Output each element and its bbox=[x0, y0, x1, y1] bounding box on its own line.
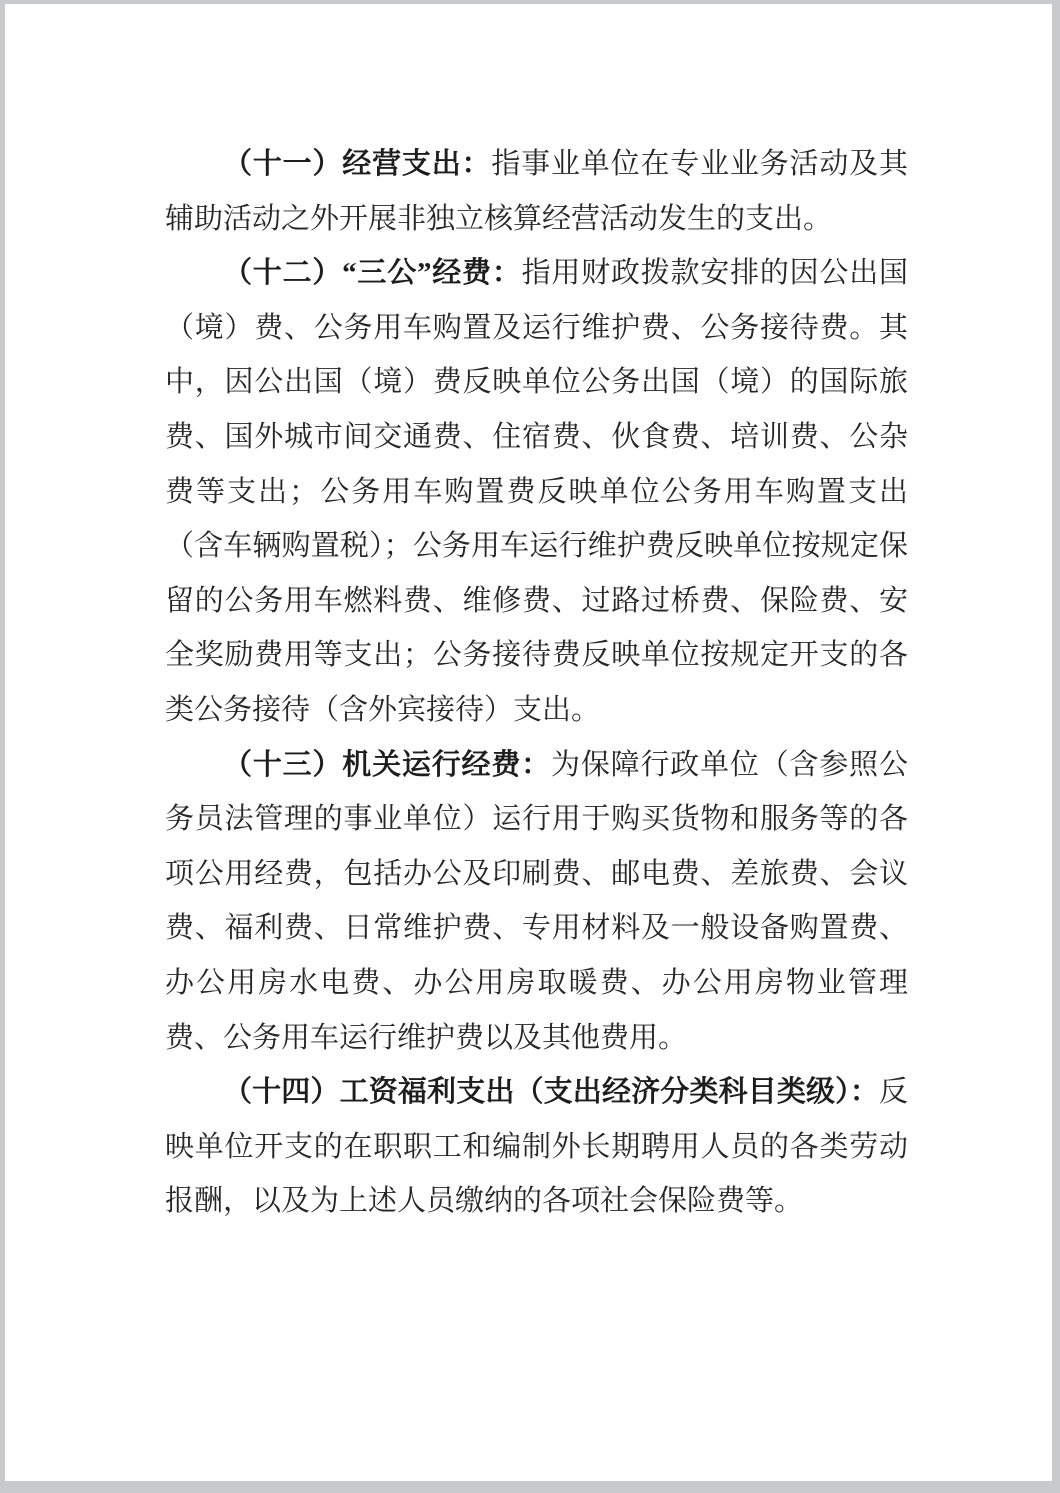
paragraph-item-11: （十一）经营支出：指事业单位在专业业务活动及其辅助活动之外开展非独立核算经营活动… bbox=[165, 137, 908, 246]
paragraph-heading: （十四）工资福利支出（支出经济分类科目类级）： bbox=[223, 1076, 879, 1108]
document-text-block: （十一）经营支出：指事业单位在专业业务活动及其辅助活动之外开展非独立核算经营活动… bbox=[165, 137, 908, 1229]
paragraph-body: 为保障行政单位（含参照公务员法管理的事业单位）运行用于购买货物和服务等的各项公用… bbox=[165, 749, 908, 1054]
document-page: （十一）经营支出：指事业单位在专业业务活动及其辅助活动之外开展非独立核算经营活动… bbox=[5, 4, 1052, 1481]
paragraph-heading: （十三）机关运行经费： bbox=[223, 749, 551, 781]
paragraph-heading: （十一）经营支出： bbox=[223, 148, 491, 180]
paragraph-item-13: （十三）机关运行经费：为保障行政单位（含参照公务员法管理的事业单位）运行用于购买… bbox=[165, 738, 908, 1066]
paragraph-item-14: （十四）工资福利支出（支出经济分类科目类级）：反映单位开支的在职职工和编制外长期… bbox=[165, 1065, 908, 1229]
paragraph-heading: （十二）“三公”经费： bbox=[223, 257, 522, 289]
paragraph-item-12: （十二）“三公”经费：指用财政拨款安排的因公出国（境）费、公务用车购置及运行维护… bbox=[165, 246, 908, 737]
paragraph-body: 指用财政拨款安排的因公出国（境）费、公务用车购置及运行维护费、公务接待费。其中，… bbox=[165, 257, 908, 726]
